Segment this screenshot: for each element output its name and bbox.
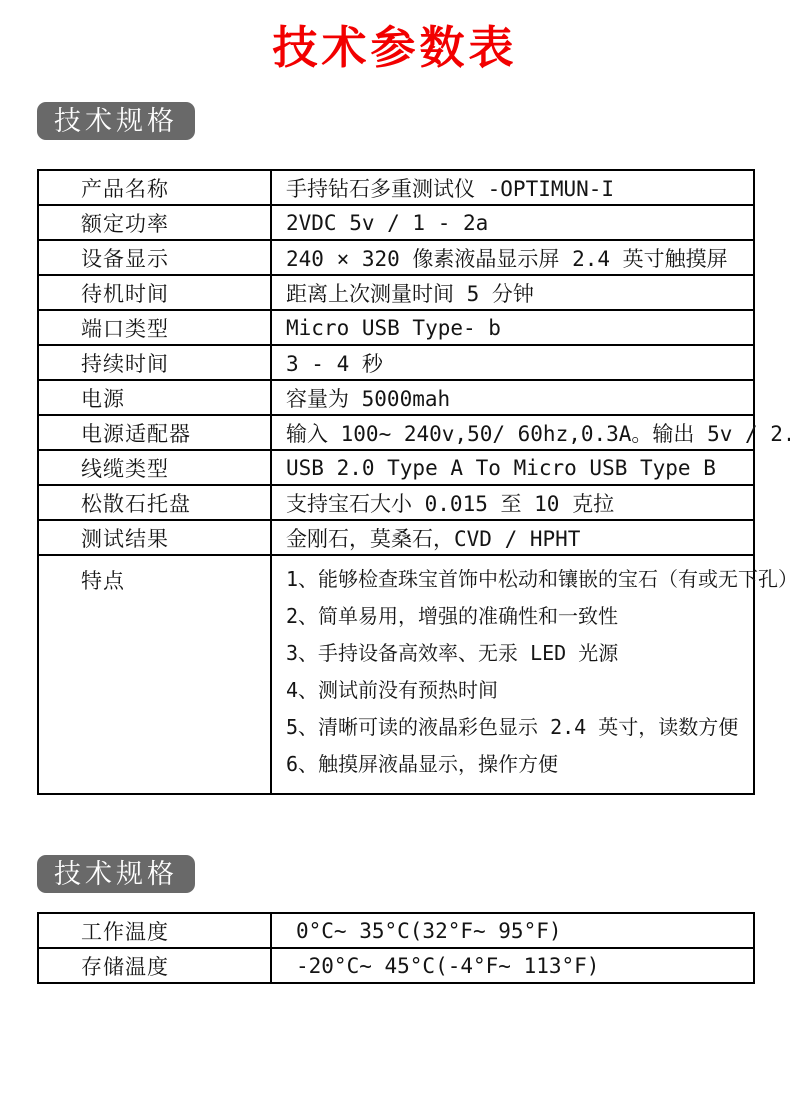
table-row: 额定功率 2VDC 5v / 1 - 2a — [38, 205, 754, 240]
table-row: 工作温度 0°C~ 35°C(32°F~ 95°F) — [38, 913, 754, 948]
feature-line: 4、测试前没有预热时间 — [286, 672, 749, 709]
spec-label: 工作温度 — [38, 913, 271, 948]
spec-label: 线缆类型 — [38, 450, 271, 485]
spec-sheet-page: 技术参数表 技术规格 产品名称 手持钻石多重测试仪 -OPTIMUN-I 额定功… — [0, 0, 790, 1100]
spec-value: 金刚石，莫桑石，CVD / HPHT — [271, 520, 754, 555]
spec-value: 容量为 5000mah — [271, 380, 754, 415]
spec-label: 测试结果 — [38, 520, 271, 555]
feature-line: 3、手持设备高效率、无汞 LED 光源 — [286, 635, 749, 672]
table-row: 电源 容量为 5000mah — [38, 380, 754, 415]
spec-label: 待机时间 — [38, 275, 271, 310]
spec-value: 240 × 320 像素液晶显示屏 2.4 英寸触摸屏 — [271, 240, 754, 275]
spec-label: 持续时间 — [38, 345, 271, 380]
feature-line: 2、简单易用，增强的准确性和一致性 — [286, 598, 749, 635]
spec-feature-list: 1、能够检查珠宝首饰中松动和镶嵌的宝石（有或无下孔） 2、简单易用，增强的准确性… — [271, 555, 754, 794]
table-row: 待机时间 距离上次测量时间 5 分钟 — [38, 275, 754, 310]
table-row: 持续时间 3 - 4 秒 — [38, 345, 754, 380]
spec-value: USB 2.0 Type A To Micro USB Type B — [271, 450, 754, 485]
spec-label: 松散石托盘 — [38, 485, 271, 520]
spec-value: Micro USB Type- b — [271, 310, 754, 345]
section1-badge: 技术规格 — [37, 102, 195, 140]
table-row: 测试结果 金刚石，莫桑石，CVD / HPHT — [38, 520, 754, 555]
spec-label: 电源适配器 — [38, 415, 271, 450]
feature-line: 1、能够检查珠宝首饰中松动和镶嵌的宝石（有或无下孔） — [286, 561, 749, 598]
spec-value: 输入 100~ 240v,50/ 60hz,0.3A。输出 5v / 2.4 A — [271, 415, 754, 450]
spec-value: 2VDC 5v / 1 - 2a — [271, 205, 754, 240]
spec-value: 手持钻石多重测试仪 -OPTIMUN-I — [271, 170, 754, 205]
feature-line: 5、清晰可读的液晶彩色显示 2.4 英寸，读数方便 — [286, 709, 749, 746]
spec-label: 存储温度 — [38, 948, 271, 983]
spec-label: 特点 — [38, 555, 271, 794]
table-row-features: 特点 1、能够检查珠宝首饰中松动和镶嵌的宝石（有或无下孔） 2、简单易用，增强的… — [38, 555, 754, 794]
table-row: 松散石托盘 支持宝石大小 0.015 至 10 克拉 — [38, 485, 754, 520]
spec-label: 电源 — [38, 380, 271, 415]
spec-label: 端口类型 — [38, 310, 271, 345]
table-row: 设备显示 240 × 320 像素液晶显示屏 2.4 英寸触摸屏 — [38, 240, 754, 275]
table-row: 产品名称 手持钻石多重测试仪 -OPTIMUN-I — [38, 170, 754, 205]
spec-value: 0°C~ 35°C(32°F~ 95°F) — [271, 913, 754, 948]
spec-label: 设备显示 — [38, 240, 271, 275]
spec-value: 3 - 4 秒 — [271, 345, 754, 380]
spec-value: 距离上次测量时间 5 分钟 — [271, 275, 754, 310]
table-row: 线缆类型 USB 2.0 Type A To Micro USB Type B — [38, 450, 754, 485]
feature-line: 6、触摸屏液晶显示，操作方便 — [286, 746, 749, 783]
spec-label: 产品名称 — [38, 170, 271, 205]
spec-table-temperature: 工作温度 0°C~ 35°C(32°F~ 95°F) 存储温度 -20°C~ 4… — [37, 912, 755, 984]
section2-badge: 技术规格 — [37, 855, 195, 893]
page-title: 技术参数表 — [0, 0, 790, 74]
table-row: 端口类型 Micro USB Type- b — [38, 310, 754, 345]
table-row: 电源适配器 输入 100~ 240v,50/ 60hz,0.3A。输出 5v /… — [38, 415, 754, 450]
table-row: 存储温度 -20°C~ 45°C(-4°F~ 113°F) — [38, 948, 754, 983]
spec-table-main: 产品名称 手持钻石多重测试仪 -OPTIMUN-I 额定功率 2VDC 5v /… — [37, 169, 755, 795]
spec-value: 支持宝石大小 0.015 至 10 克拉 — [271, 485, 754, 520]
section1-badge-wrap: 技术规格 — [37, 102, 790, 140]
spec-label: 额定功率 — [38, 205, 271, 240]
spec-value: -20°C~ 45°C(-4°F~ 113°F) — [271, 948, 754, 983]
section2-badge-wrap: 技术规格 — [37, 855, 790, 893]
